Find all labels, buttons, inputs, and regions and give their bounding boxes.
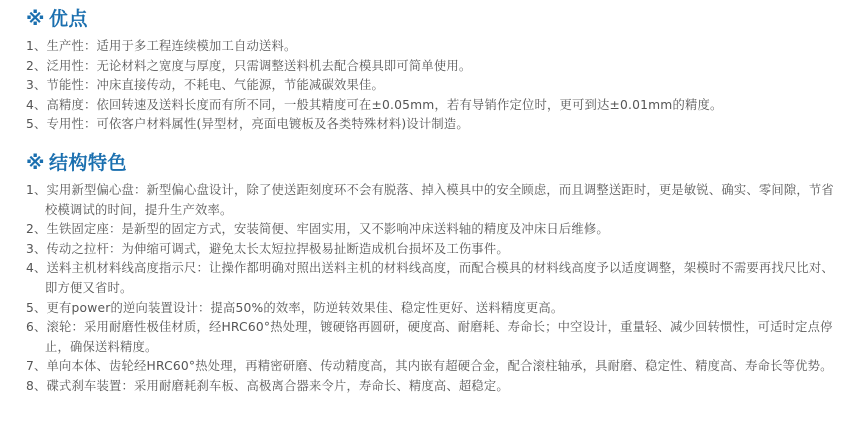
list-item: 5、专用性：可依客户材料属性(异型材，亮面电镀板及各类特殊材料)设计制造。 bbox=[26, 115, 836, 135]
list-item: 3、节能性：冲床直接传动，不耗电、气能源，节能减碳效果佳。 bbox=[26, 76, 836, 96]
list-item: 3、传动之拉杆：为伸缩可调式，避免太长太短拉捍极易扯断造成机台损坏及工伤事件。 bbox=[26, 240, 836, 260]
list-item: 6、滚轮：采用耐磨性极佳材质，经HRC60°热处理，镀硬铬再圆研，硬度高、耐磨耗… bbox=[26, 318, 836, 357]
advantages-list: 1、生产性：适用于多工程连续模加工自动送料。 2、泛用性：无论材料之宽度与厚度，… bbox=[26, 37, 836, 135]
list-item: 4、高精度：依回转速及送料长度而有所不同，一般其精度可在±0.05mm，若有导销… bbox=[26, 96, 836, 116]
list-item: 2、生铁固定座：是新型的固定方式，安装简便、牢固实用，又不影响冲床送料轴的精度及… bbox=[26, 220, 836, 240]
list-item: 7、单向本体、齿轮经HRC60°热处理，再精密研磨、传动精度高，其内嵌有超硬合金… bbox=[26, 357, 836, 377]
reference-mark-icon: ※ bbox=[26, 152, 45, 174]
list-item: 4、送料主机材料线高度指示尺：让操作都明确对照出送料主机的材料线高度，而配合模具… bbox=[26, 259, 836, 298]
structure-features-heading: ※结构特色 bbox=[26, 151, 836, 175]
reference-mark-icon: ※ bbox=[26, 8, 45, 30]
advantages-section: ※优点 1、生产性：适用于多工程连续模加工自动送料。 2、泛用性：无论材料之宽度… bbox=[26, 7, 836, 135]
structure-features-title: 结构特色 bbox=[49, 152, 127, 174]
structure-features-list: 1、实用新型偏心盘：新型偏心盘设计，除了使送距刻度环不会有脱落、掉入模具中的安全… bbox=[26, 181, 836, 397]
advantages-title: 优点 bbox=[49, 8, 88, 30]
list-item: 1、生产性：适用于多工程连续模加工自动送料。 bbox=[26, 37, 836, 57]
list-item: 8、碟式刹车装置：采用耐磨耗刹车板、高极离合器来令片，寿命长、精度高、超稳定。 bbox=[26, 377, 836, 397]
advantages-heading: ※优点 bbox=[26, 7, 836, 31]
list-item: 5、更有power的逆向装置设计：提高50%的效率，防逆转效果佳、稳定性更好、送… bbox=[26, 299, 836, 319]
structure-features-section: ※结构特色 1、实用新型偏心盘：新型偏心盘设计，除了使送距刻度环不会有脱落、掉入… bbox=[26, 151, 836, 397]
list-item: 1、实用新型偏心盘：新型偏心盘设计，除了使送距刻度环不会有脱落、掉入模具中的安全… bbox=[26, 181, 836, 220]
list-item: 2、泛用性：无论材料之宽度与厚度，只需调整送料机去配合模具即可简单使用。 bbox=[26, 57, 836, 77]
